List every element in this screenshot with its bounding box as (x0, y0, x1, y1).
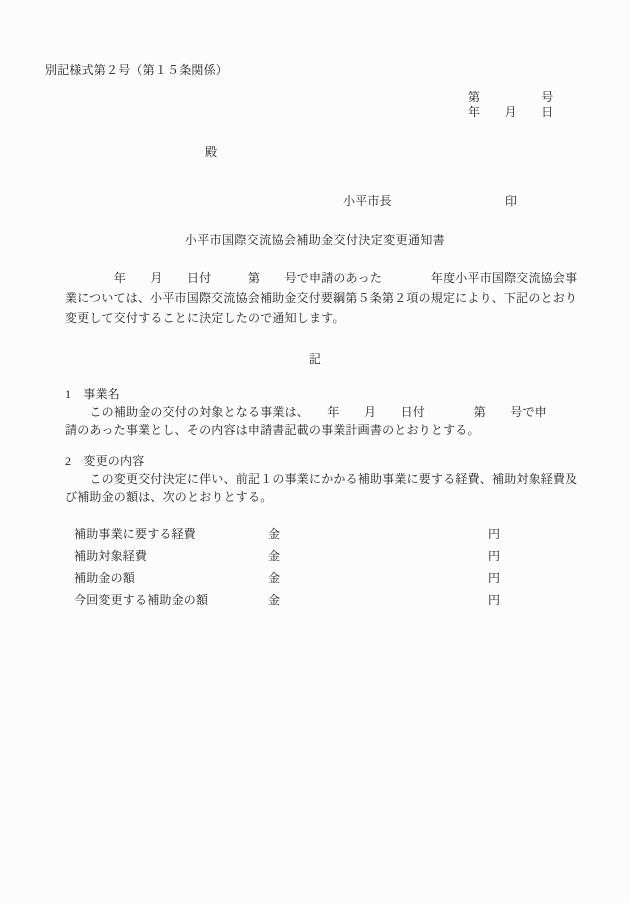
section-1-line-3: 請のあった事業とし、その内容は申請書記載の事業計画書のとおりとする。 (65, 421, 610, 439)
amount-unit: 円 (488, 545, 500, 567)
addressee-honorific: 殿 (205, 145, 217, 159)
date-line: 年 月 日 (468, 105, 553, 119)
amount-prefix: 金 (268, 589, 280, 611)
section-2: 2 変更の内容 この変更交付決定に伴い、前記１の事業にかかる補助事業に要する経費… (65, 452, 610, 506)
section-1-line-2: この補助金の交付の対象となる事業は、 年 月 日付 第 号で申 (65, 403, 610, 421)
amount-unit: 円 (488, 523, 500, 545)
notation-marker: 記 (0, 352, 630, 366)
sender-name: 小平市長 (343, 194, 392, 208)
amount-row-eligible-expenses: 補助対象経費 金 円 (0, 545, 630, 567)
section-2-heading: 2 変更の内容 (65, 452, 610, 470)
form-number: 別記様式第２号（第１５条関係） (45, 63, 228, 77)
amount-label: 今回変更する補助金の額 (74, 589, 208, 611)
amount-label: 補助金の額 (74, 567, 135, 589)
amount-unit: 円 (488, 589, 500, 611)
body-paragraph-line-3: 変更して交付することに決定したので通知します。 (65, 308, 610, 328)
section-1: 1 事業名 この補助金の交付の対象となる事業は、 年 月 日付 第 号で申 請の… (65, 385, 610, 439)
amount-prefix: 金 (268, 523, 280, 545)
amount-prefix: 金 (268, 545, 280, 567)
amount-row-project-expenses: 補助事業に要する経費 金 円 (0, 523, 630, 545)
section-2-line-3: び補助金の額は、次のとおりとする。 (65, 488, 610, 506)
amount-label: 補助事業に要する経費 (74, 523, 196, 545)
amount-unit: 円 (488, 567, 500, 589)
document-title: 小平市国際交流協会補助金交付決定変更通知書 (0, 233, 630, 247)
document-page: 別記様式第２号（第１５条関係） 第 号 年 月 日 殿 小平市長 印 小平市国際… (0, 0, 630, 903)
amount-label: 補助対象経費 (74, 545, 147, 567)
amount-prefix: 金 (268, 567, 280, 589)
section-1-heading: 1 事業名 (65, 385, 610, 403)
body-paragraph-line-1: 年 月 日付 第 号で申請のあった 年度小平市国際交流協会事 (65, 268, 610, 288)
amount-row-changed-subsidy-amount: 今回変更する補助金の額 金 円 (0, 589, 630, 611)
document-number-line: 第 号 (468, 90, 553, 104)
section-2-line-2: この変更交付決定に伴い、前記１の事業にかかる補助事業に要する経費、補助対象経費及 (65, 470, 610, 488)
amount-list: 補助事業に要する経費 金 円 補助対象経費 金 円 補助金の額 金 円 今回変更… (0, 523, 630, 611)
body-paragraph-line-2: 業については、小平市国際交流協会補助金交付要綱第５条第２項の規定により、下記のと… (65, 288, 610, 308)
sender-seal-mark: 印 (505, 194, 517, 208)
body-paragraph: 年 月 日付 第 号で申請のあった 年度小平市国際交流協会事 業については、小平… (65, 268, 610, 328)
amount-row-subsidy-amount: 補助金の額 金 円 (0, 567, 630, 589)
